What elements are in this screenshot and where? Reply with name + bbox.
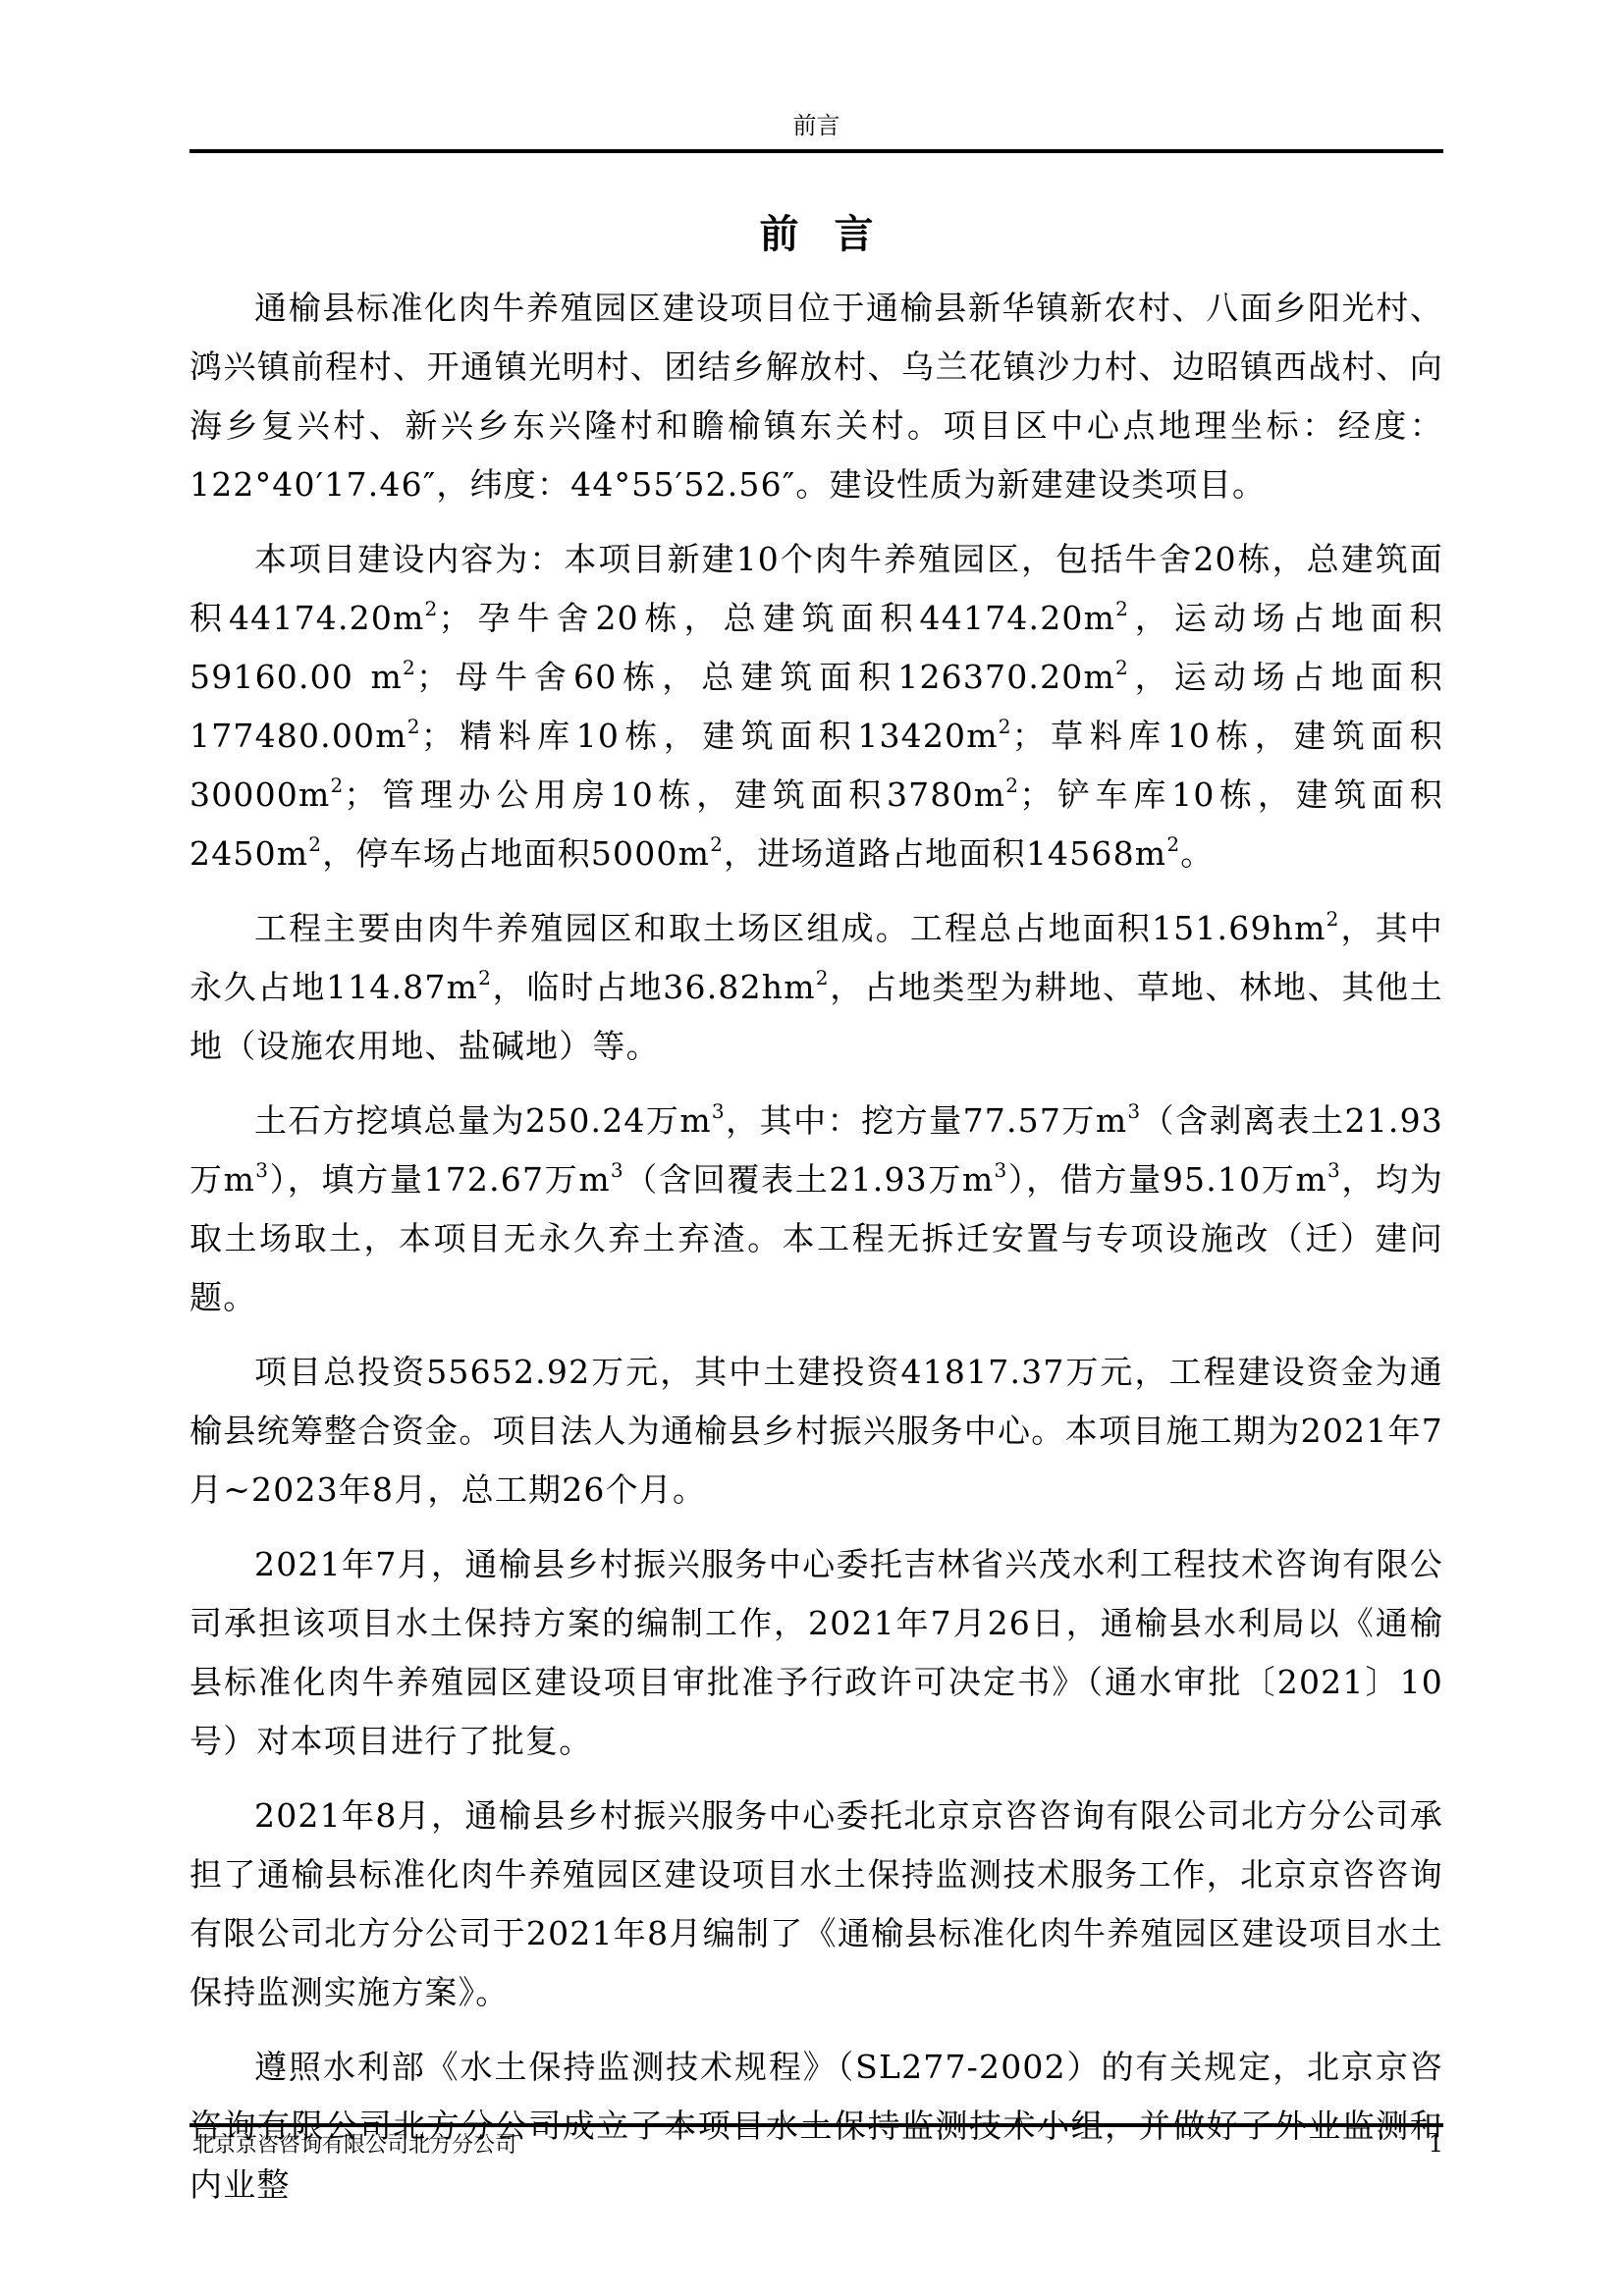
document-body: 通榆县标准化肉牛养殖园区建设项目位于通榆县新华镇新农村、八面乡阳光村、鸿兴镇前程… bbox=[189, 279, 1443, 2230]
superscript: 2 bbox=[1326, 907, 1340, 931]
superscript: 3 bbox=[1327, 1158, 1341, 1182]
superscript: 2 bbox=[1115, 597, 1129, 620]
superscript: 2 bbox=[308, 832, 322, 856]
paragraph-text: ，停车场占地面积5000m bbox=[322, 834, 710, 873]
superscript: 2 bbox=[330, 774, 344, 797]
paragraph-text: 2021年7月，通榆县乡村振兴服务中心委托吉林省兴茂水利工程技术咨询有限公司承担… bbox=[189, 1545, 1443, 1760]
paragraph-text: ，临时占地36.82hm bbox=[492, 968, 816, 1006]
superscript: 2 bbox=[478, 966, 492, 989]
paragraph-text: ，其中：挖方量77.57万m bbox=[726, 1101, 1128, 1140]
paragraph-text: 通榆县标准化肉牛养殖园区建设项目位于通榆县新华镇新农村、八面乡阳光村、鸿兴镇前程… bbox=[189, 289, 1443, 504]
paragraph-text: ；孕牛舍20栋，总建筑面积44174.20m bbox=[438, 599, 1115, 637]
paragraph: 工程主要由肉牛养殖园区和取土场区组成。工程总占地面积151.69hm2，其中永久… bbox=[189, 899, 1443, 1076]
paragraph-text: 土石方挖填总量为250.24万m bbox=[254, 1101, 712, 1140]
footer-company: 北京京咨咨询有限公司北方分公司 bbox=[192, 2130, 516, 2162]
superscript: 2 bbox=[816, 966, 830, 989]
paragraph: 2021年8月，通榆县乡村振兴服务中心委托北京京咨咨询有限公司北方分公司承担了通… bbox=[189, 1787, 1443, 2022]
paragraph-text: 项目总投资55652.92万元，其中土建投资41817.37万元，工程建设资金为… bbox=[189, 1353, 1443, 1509]
superscript: 2 bbox=[710, 832, 724, 856]
superscript: 2 bbox=[403, 656, 416, 679]
superscript: 3 bbox=[611, 1158, 624, 1182]
paragraph: 项目总投资55652.92万元，其中土建投资41817.37万元，工程建设资金为… bbox=[189, 1343, 1443, 1520]
superscript: 2 bbox=[1005, 774, 1019, 797]
paragraph-text: ），借方量95.10万m bbox=[1007, 1160, 1327, 1199]
superscript: 3 bbox=[255, 1158, 269, 1182]
paragraph-text: （含回覆表土21.93万m bbox=[624, 1160, 995, 1199]
paragraph: 土石方挖填总量为250.24万m3，其中：挖方量77.57万m3（含剥离表土21… bbox=[189, 1092, 1443, 1327]
paragraph-text: ；精料库10栋，建筑面积13420m bbox=[421, 717, 999, 755]
page-title: 前言 bbox=[189, 210, 1443, 259]
paragraph: 通榆县标准化肉牛养殖园区建设项目位于通榆县新华镇新农村、八面乡阳光村、鸿兴镇前程… bbox=[189, 279, 1443, 514]
paragraph: 本项目建设内容为：本项目新建10个肉牛养殖园区，包括牛舍20栋，总建筑面积441… bbox=[189, 530, 1443, 883]
superscript: 2 bbox=[425, 597, 439, 620]
paragraph-text: ；管理办公用房10栋，建筑面积3780m bbox=[344, 775, 1005, 814]
superscript: 2 bbox=[407, 715, 421, 738]
paragraph-text: 工程主要由肉牛养殖园区和取土场区组成。工程总占地面积151.69hm bbox=[254, 909, 1326, 947]
superscript: 2 bbox=[1115, 656, 1129, 679]
paragraph-text: 。 bbox=[1180, 834, 1214, 873]
superscript: 2 bbox=[999, 715, 1012, 738]
header-rule bbox=[189, 149, 1443, 153]
superscript: 3 bbox=[1127, 1099, 1141, 1123]
footer-rule bbox=[189, 2123, 1443, 2127]
paragraph-text: ；母牛舍60栋，总建筑面积126370.20m bbox=[416, 658, 1115, 696]
superscript: 3 bbox=[712, 1099, 726, 1123]
paragraph: 2021年7月，通榆县乡村振兴服务中心委托吉林省兴茂水利工程技术咨询有限公司承担… bbox=[189, 1535, 1443, 1771]
paragraph-text: ），填方量172.67万m bbox=[269, 1160, 611, 1199]
superscript: 3 bbox=[995, 1158, 1008, 1182]
paragraph-text: ，进场道路占地面积14568m bbox=[724, 834, 1166, 873]
page-number: 1 bbox=[1414, 2128, 1443, 2160]
running-header: 前言 bbox=[189, 110, 1443, 141]
superscript: 2 bbox=[1166, 832, 1180, 856]
paragraph-text: 2021年8月，通榆县乡村振兴服务中心委托北京京咨咨询有限公司北方分公司承担了通… bbox=[189, 1796, 1443, 2011]
